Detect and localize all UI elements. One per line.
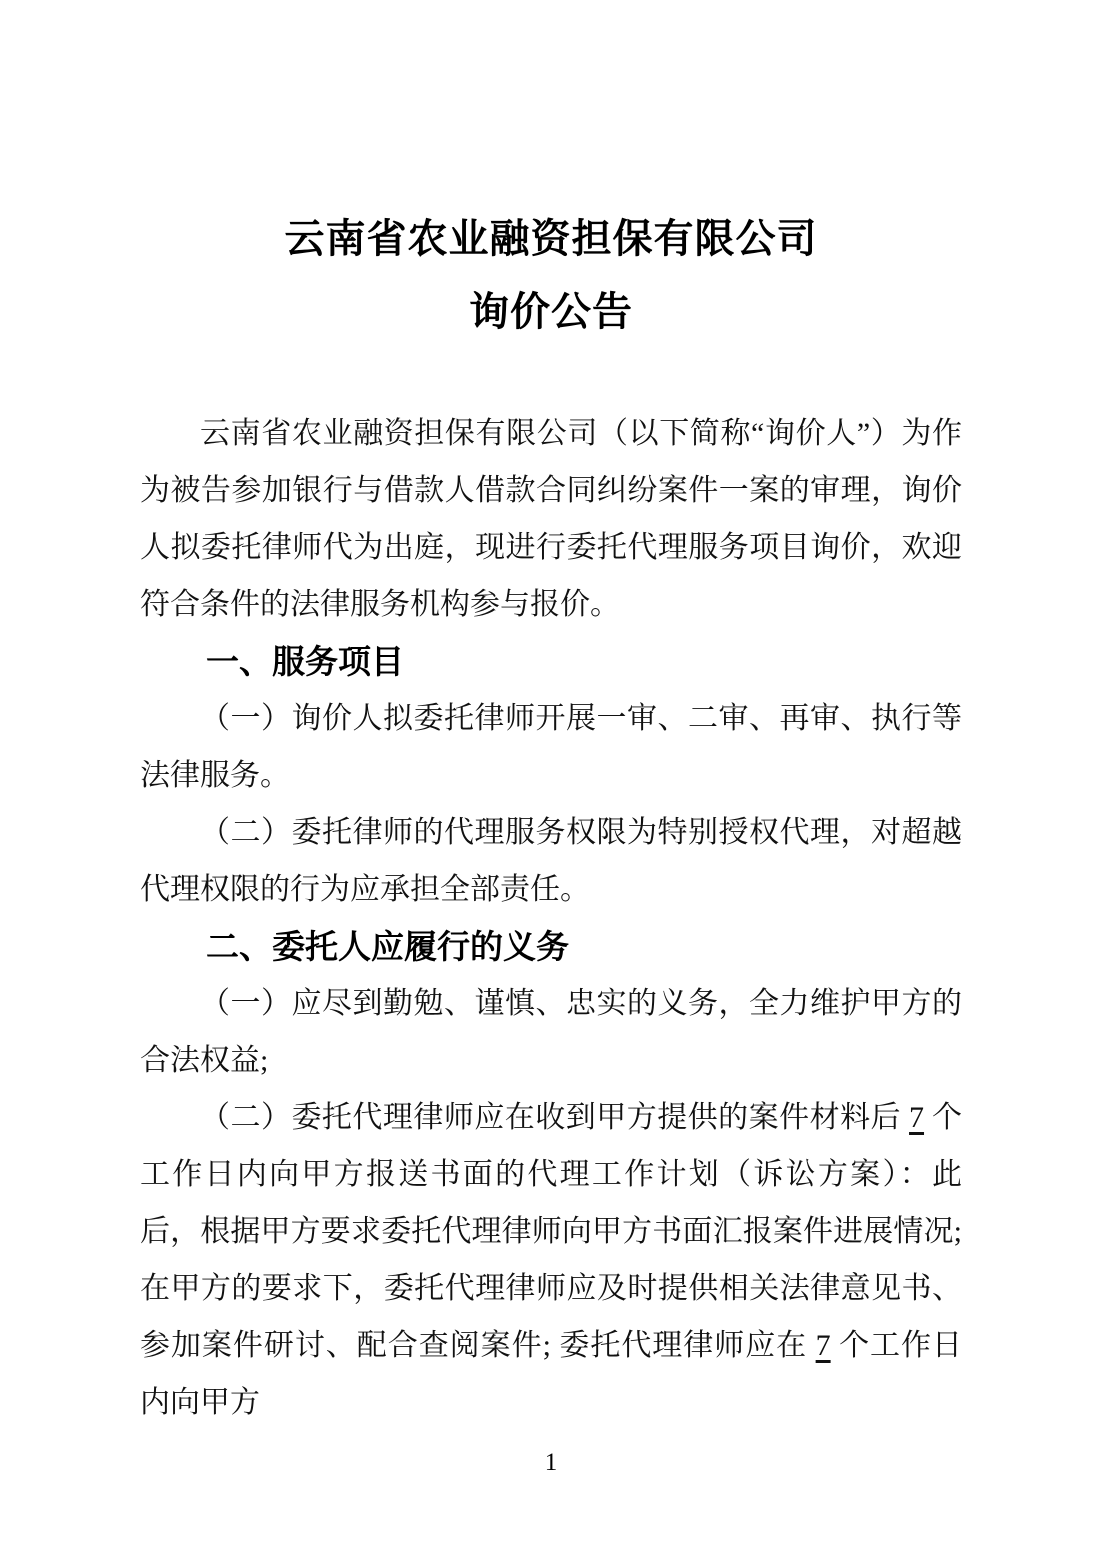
- text-run: （一）询价人拟委托律师开展一审、二审、再审、执行等法律服务。: [140, 702, 962, 792]
- document-content: 云南省农业融资担保有限公司询价公告云南省农业融资担保有限公司（以下简称“询价人”…: [140, 203, 962, 1431]
- paragraph: （二）委托律师的代理服务权限为特别授权代理，对超越代理权限的行为应承担全部责任。: [140, 804, 962, 918]
- text-run: 一、服务项目: [206, 643, 404, 680]
- paragraph: 云南省农业融资担保有限公司（以下简称“询价人”）为作为被告参加银行与借款人借款合…: [140, 405, 962, 633]
- text-run: 云南省农业融资担保有限公司: [285, 217, 818, 261]
- text-run: 二、委托人应履行的义务: [206, 928, 569, 965]
- underlined-number: 7: [816, 1329, 831, 1362]
- document-title: 云南省农业融资担保有限公司: [140, 203, 962, 276]
- text-run: 询价公告: [469, 290, 633, 334]
- paragraph: （二）委托代理律师应在收到甲方提供的案件材料后 7 个工作日内向甲方报送书面的代…: [140, 1089, 962, 1431]
- underlined-number: 7: [909, 1101, 924, 1134]
- document-page: 云南省农业融资担保有限公司询价公告云南省农业融资担保有限公司（以下简称“询价人”…: [0, 0, 1102, 1559]
- text-run: 云南省农业融资担保有限公司（以下简称“询价人”）为作为被告参加银行与借款人借款合…: [140, 417, 962, 621]
- section-heading: 一、服务项目: [140, 633, 962, 690]
- page-number: 1: [0, 1449, 1102, 1477]
- paragraph: （一）询价人拟委托律师开展一审、二审、再审、执行等法律服务。: [140, 690, 962, 804]
- document-title: 询价公告: [140, 276, 962, 349]
- text-run: （一）应尽到勤勉、谨慎、忠实的义务，全力维护甲方的合法权益;: [140, 987, 962, 1077]
- text-run: 个工作日内向甲方报送书面的代理工作计划（诉讼方案）：此后，根据甲方要求委托代理律…: [140, 1101, 962, 1362]
- text-run: （二）委托代理律师应在收到甲方提供的案件材料后: [200, 1101, 909, 1134]
- text-run: （二）委托律师的代理服务权限为特别授权代理，对超越代理权限的行为应承担全部责任。: [140, 816, 962, 906]
- paragraph: （一）应尽到勤勉、谨慎、忠实的义务，全力维护甲方的合法权益;: [140, 975, 962, 1089]
- section-heading: 二、委托人应履行的义务: [140, 918, 962, 975]
